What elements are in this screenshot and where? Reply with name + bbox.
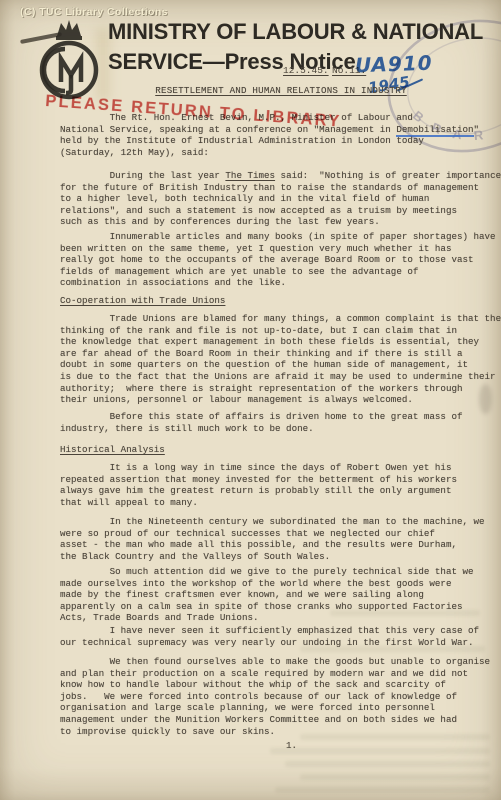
paragraph: In the Nineteenth century we subordinate… <box>60 516 501 562</box>
paragraph-times-quote: During the last year The Times said: "No… <box>60 170 501 228</box>
paragraph: Innumerable articles and many books (in … <box>60 231 501 289</box>
bleed-through-mark <box>330 610 480 616</box>
paragraph-text: During the last year <box>60 170 225 181</box>
blue-underlined-word: Demobilisation <box>396 124 473 135</box>
bleed-through-mark <box>300 774 490 780</box>
handwritten-reference: UA910 <box>355 51 433 78</box>
bleed-through-mark <box>300 646 485 652</box>
press-notice-date: 12.5.45. <box>283 65 329 76</box>
masthead-line1: MINISTRY OF LABOUR & NATIONAL <box>108 21 483 43</box>
paragraph: Before this state of affairs is driven h… <box>60 411 501 434</box>
paragraph: It is a long way in time since the days … <box>60 462 501 508</box>
paragraph: I have never seen it sufficiently emphas… <box>60 625 501 648</box>
bleed-through-mark <box>275 787 490 793</box>
underlined-publication-name: The Times <box>225 170 275 181</box>
paragraph: We then found ourselves able to make the… <box>60 656 501 737</box>
copyright-watermark: (C) TUC Library Collections <box>20 6 168 18</box>
paragraph: Trade Unions are blamed for many things,… <box>60 313 501 406</box>
scanned-press-notice-page: B R A R (C) TUC Library Collections Ld. … <box>0 0 501 800</box>
margin-smudge <box>479 384 492 414</box>
bleed-through-mark <box>270 748 490 754</box>
bleed-through-mark <box>285 761 490 767</box>
bleed-through-mark <box>300 734 490 740</box>
document-title: RESETTLEMENT AND HUMAN RELATIONS IN INDU… <box>60 85 501 96</box>
section-heading-cooperation: Co-operation with Trade Unions <box>60 295 225 306</box>
section-heading-historical: Historical Analysis <box>60 444 165 455</box>
